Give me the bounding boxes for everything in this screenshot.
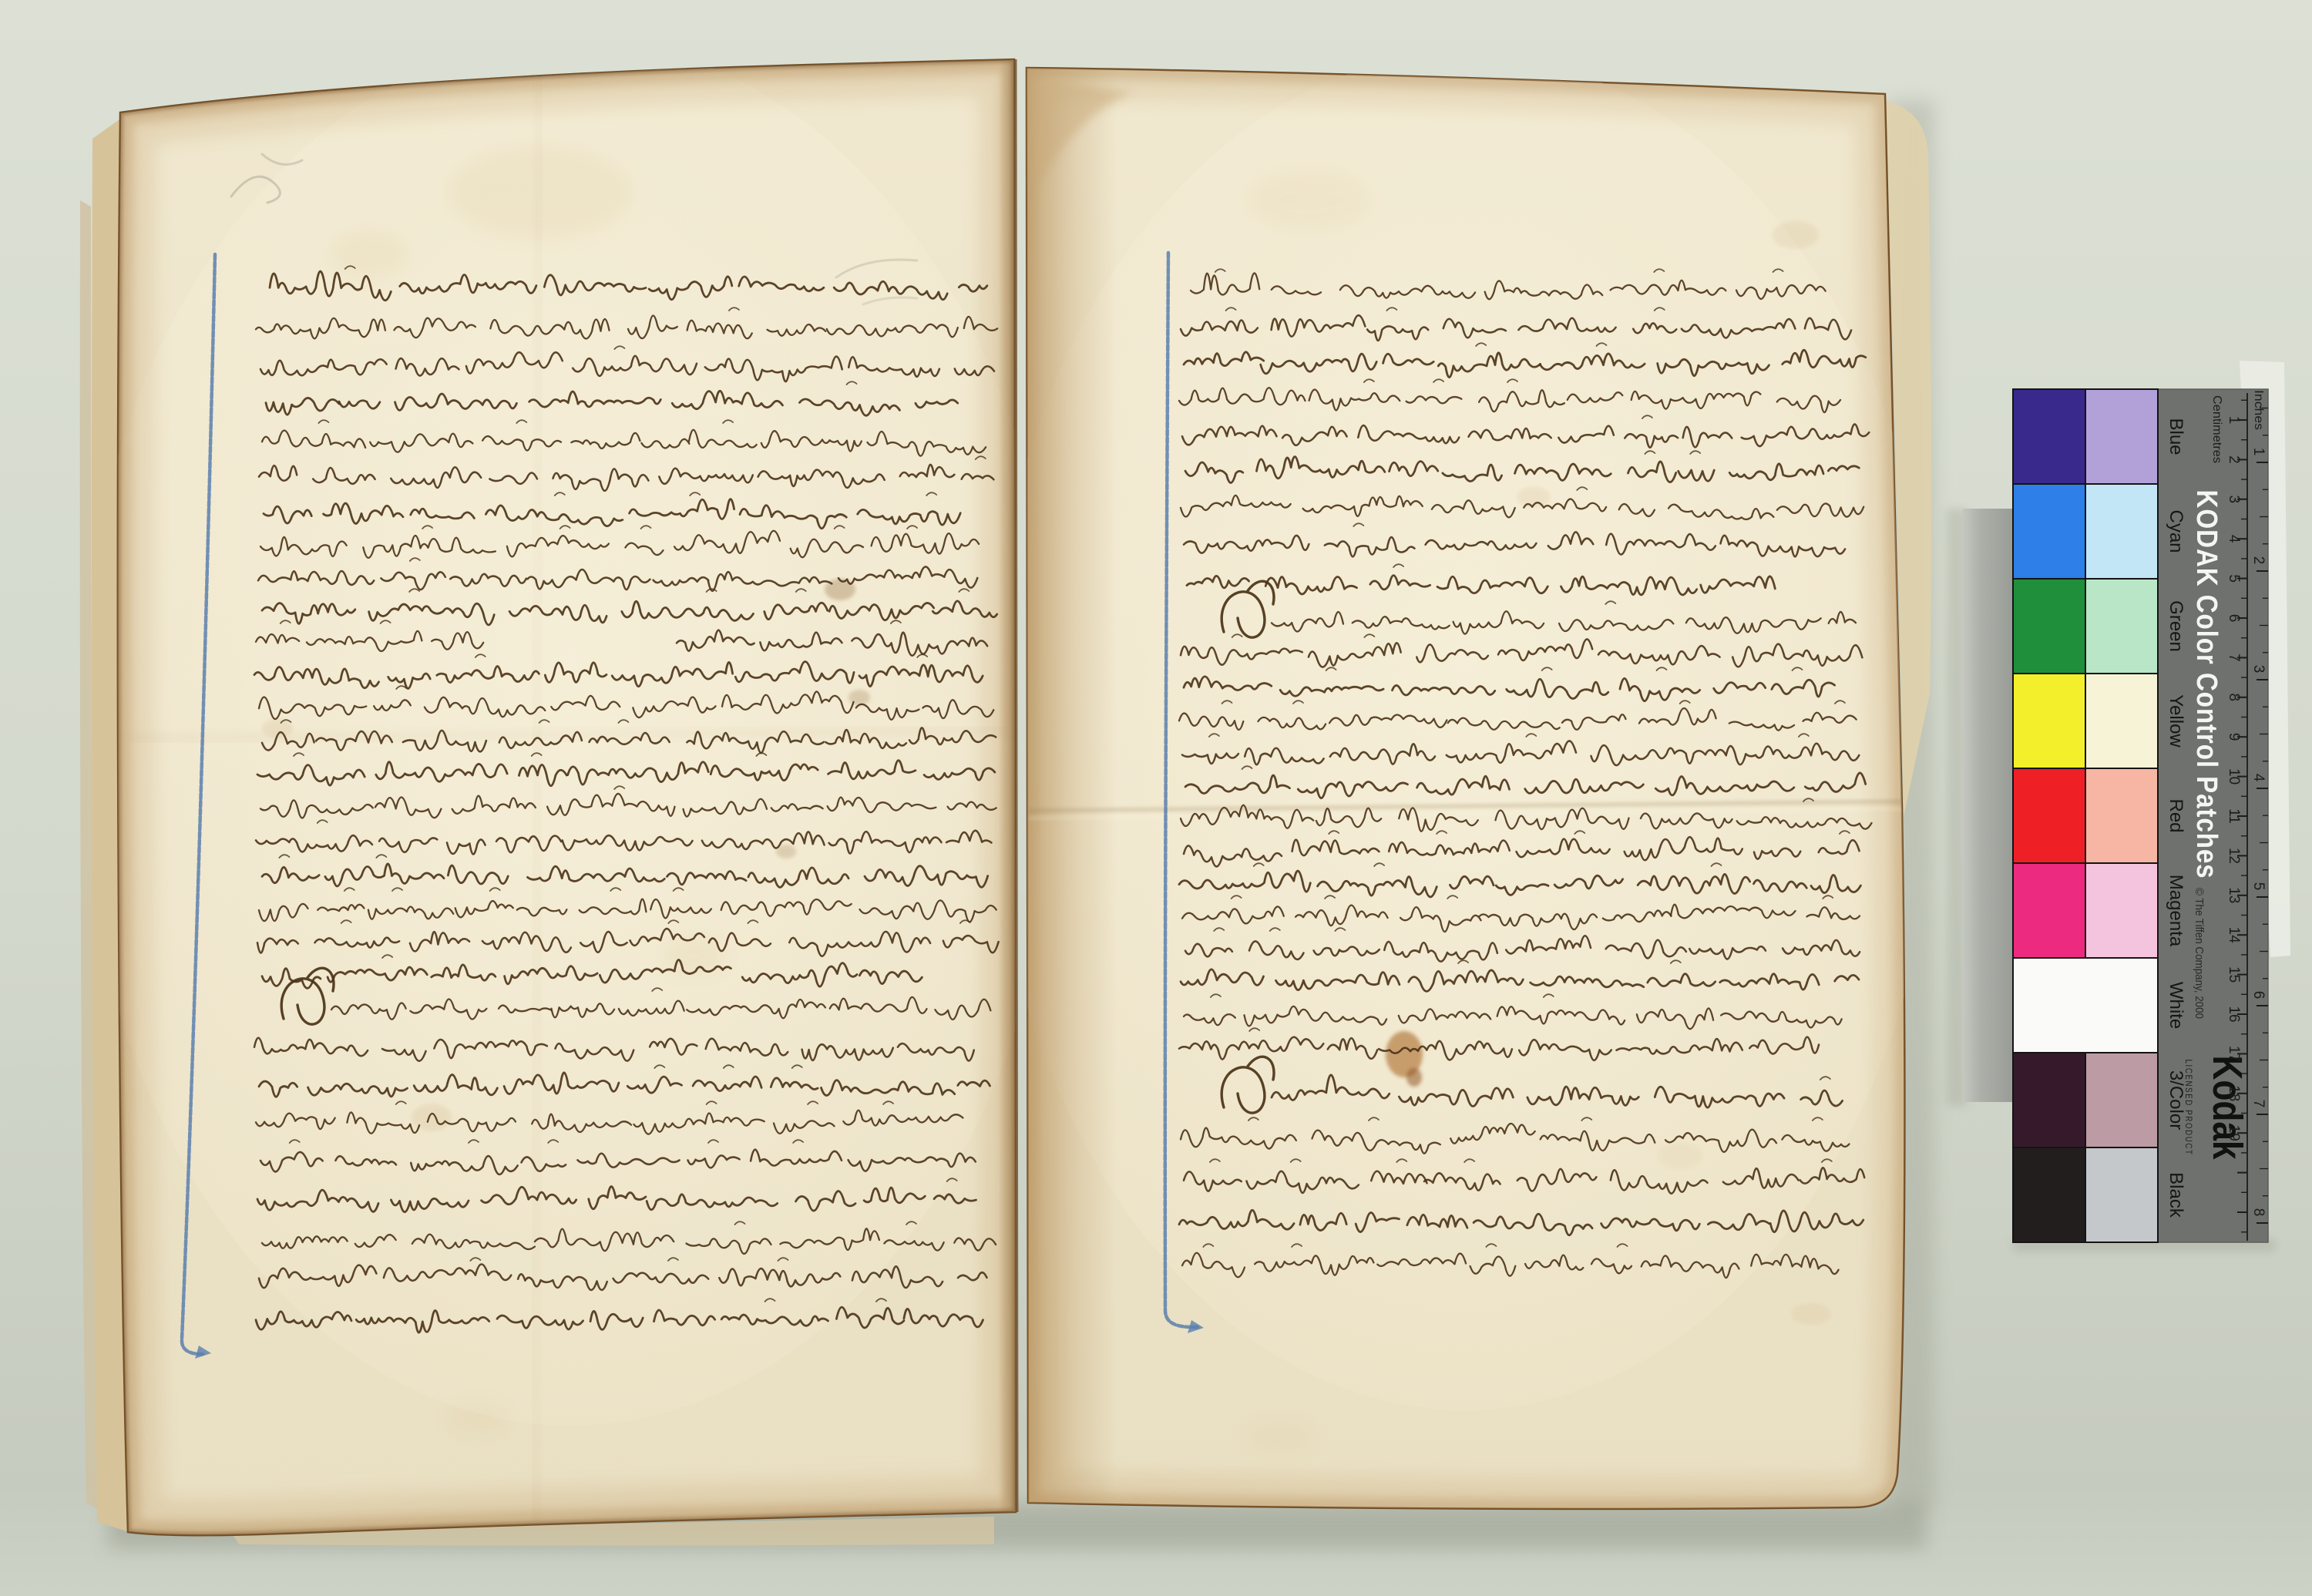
patch-label-white: White xyxy=(2166,982,2186,1029)
stain-spot xyxy=(447,1403,509,1433)
patch-blue xyxy=(2013,389,2085,484)
cm-number: 2 xyxy=(2226,455,2242,464)
stain-spot xyxy=(1657,1142,1703,1170)
stain-spot xyxy=(849,690,870,705)
cm-number: 16 xyxy=(2226,1006,2242,1022)
color-patches xyxy=(2013,389,2158,1242)
patch-3/color-tint xyxy=(2085,1053,2158,1147)
patch-blue-tint xyxy=(2085,389,2158,484)
patch-label-red: Red xyxy=(2166,798,2186,832)
cm-number: 7 xyxy=(2226,654,2242,662)
cm-number: 13 xyxy=(2226,887,2242,903)
cm-number: 3 xyxy=(2226,496,2242,504)
color-patch-labels: BlueCyanGreenYellowRedMagentaWhite3/Colo… xyxy=(2166,418,2186,1218)
patch-label-black: Black xyxy=(2166,1172,2186,1218)
centimetres-label: Centimetres xyxy=(2210,395,2223,463)
stain-spot xyxy=(1245,1422,1313,1453)
patch-3/color xyxy=(2013,1053,2085,1147)
patch-label-yellow: Yellow xyxy=(2166,694,2186,748)
patch-cyan-tint xyxy=(2085,484,2158,579)
patch-label-3/color: 3/Color xyxy=(2166,1070,2186,1130)
gray-card-strip xyxy=(1962,509,2013,1102)
cm-number: 4 xyxy=(2226,535,2242,543)
cm-number: 12 xyxy=(2226,848,2242,864)
inch-number: 5 xyxy=(2250,882,2267,891)
inch-number: 2 xyxy=(2250,556,2267,565)
patch-label-green: Green xyxy=(2166,600,2186,652)
photographed-manuscript-scene: BlueCyanGreenYellowRedMagentaWhite3/Colo… xyxy=(0,0,2312,1596)
patch-red-tint xyxy=(2085,768,2158,863)
stain-spot xyxy=(1248,170,1372,231)
patch-green xyxy=(2013,579,2085,674)
cm-number: 1 xyxy=(2226,416,2242,425)
stain-spot xyxy=(412,1104,452,1131)
patch-yellow xyxy=(2013,674,2085,768)
cm-number: 8 xyxy=(2226,694,2242,702)
patch-white xyxy=(2013,958,2158,1053)
book-gutter-line xyxy=(1016,59,1017,1512)
cm-number: 6 xyxy=(2226,614,2242,623)
patch-magenta-tint xyxy=(2085,863,2158,958)
scene-svg: BlueCyanGreenYellowRedMagentaWhite3/Colo… xyxy=(0,0,2312,1596)
patch-red xyxy=(2013,768,2085,863)
cm-number: 17 xyxy=(2226,1046,2242,1062)
cm-number: 15 xyxy=(2226,966,2242,983)
cm-number: 5 xyxy=(2226,574,2242,583)
patch-label-magenta: Magenta xyxy=(2166,875,2186,947)
inch-number: 8 xyxy=(2250,1208,2267,1217)
inch-number: 7 xyxy=(2250,1100,2267,1108)
stain-spot xyxy=(447,146,632,239)
cm-number: 18 xyxy=(2226,1085,2242,1101)
card-copyright: © The Tiffen Company, 2000 xyxy=(2193,888,2206,1019)
cm-number: 9 xyxy=(2226,733,2242,741)
patch-black-tint xyxy=(2085,1147,2158,1242)
inch-number: 6 xyxy=(2250,991,2267,1000)
card-title: KODAK Color Control Patches xyxy=(2190,490,2223,879)
patch-cyan xyxy=(2013,484,2085,579)
licensed-product-text: LICENSED PRODUCT xyxy=(2183,1060,2194,1156)
cm-number: 14 xyxy=(2226,927,2242,944)
patch-magenta xyxy=(2013,863,2085,958)
patch-yellow-tint xyxy=(2085,674,2158,768)
inch-number: 1 xyxy=(2250,448,2267,456)
inch-number: 3 xyxy=(2250,665,2267,674)
stain-spot xyxy=(1773,221,1819,249)
kodak-logo-text: Kodak xyxy=(2204,1056,2250,1161)
inch-number: 4 xyxy=(2250,774,2267,782)
patch-label-cyan: Cyan xyxy=(2166,509,2186,553)
cm-number: 11 xyxy=(2226,808,2242,824)
cm-number: 10 xyxy=(2226,768,2242,785)
patch-black xyxy=(2013,1147,2085,1242)
patch-green-tint xyxy=(2085,579,2158,674)
stain-spot xyxy=(331,231,408,277)
cm-number: 19 xyxy=(2226,1125,2242,1141)
stain-spot xyxy=(1791,1303,1831,1325)
inches-label: Inches xyxy=(2252,390,2265,430)
stain-spot xyxy=(1406,1068,1422,1087)
patch-label-blue: Blue xyxy=(2166,418,2186,455)
